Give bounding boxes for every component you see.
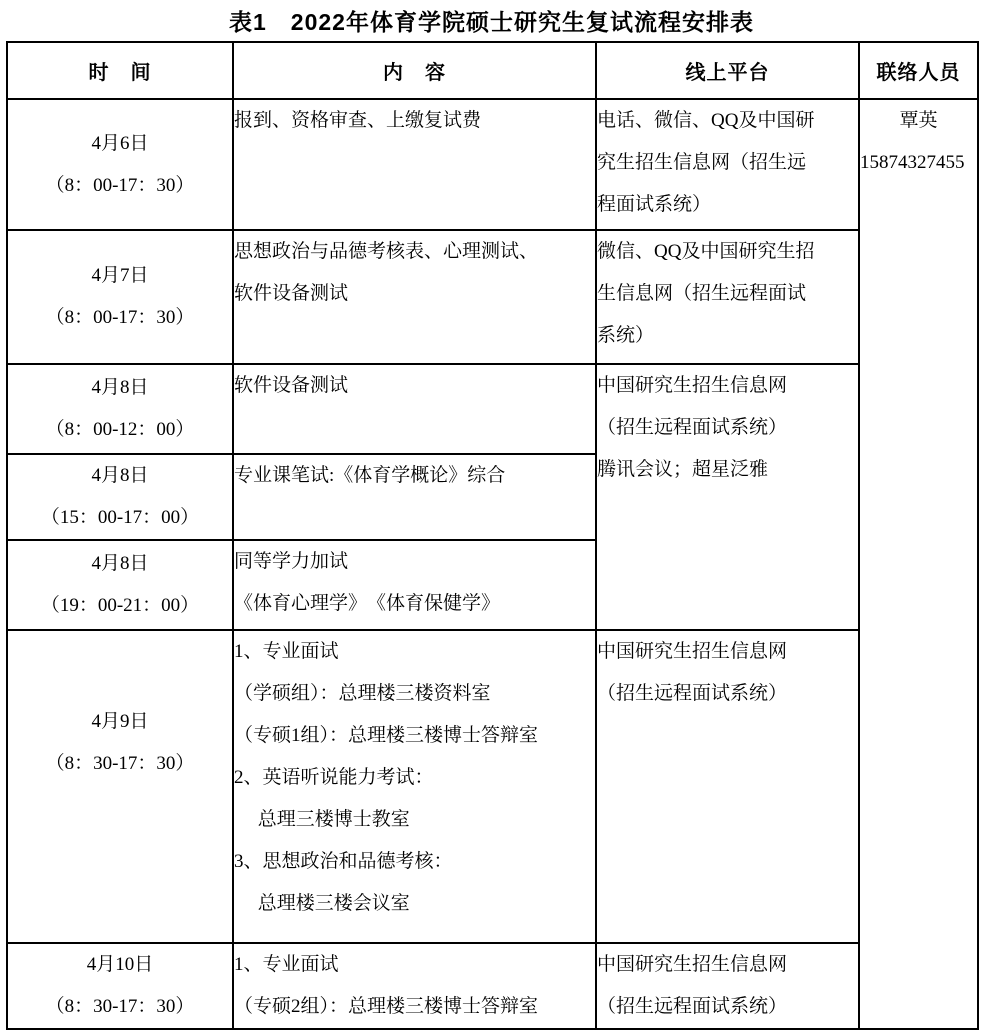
cell-line: 4月8日 bbox=[8, 543, 232, 585]
cell-line: （15：00-17：00） bbox=[8, 497, 232, 539]
cell-line: 腾讯会议；超星泛雅 bbox=[597, 449, 858, 491]
content-cell: 同等学力加试《体育心理学》 《体育保健学》 bbox=[233, 540, 596, 630]
time-cell: 4月7日（8：00-17：30） bbox=[7, 230, 233, 364]
page-title: 表1 2022年体育学院硕士研究生复试流程安排表 bbox=[0, 7, 983, 37]
cell-line: 报到、资格审查、上缴复试费 bbox=[234, 100, 595, 142]
cell-line: 《体育心理学》 《体育保健学》 bbox=[234, 583, 595, 625]
platform-cell: 中国研究生招生信息网（招生远程面试系统） bbox=[596, 943, 859, 1029]
cell-line: （8：00-12：00） bbox=[8, 409, 232, 451]
cell-line: 电话、微信、QQ及中国研 bbox=[597, 100, 858, 142]
cell-line: （19：00-21：00） bbox=[8, 585, 232, 627]
cell-line: 4月8日 bbox=[8, 455, 232, 497]
cell-line: 2、英语听说能力考试： bbox=[234, 757, 595, 799]
cell-line: （专硕2组）：总理楼三楼博士答辩室 bbox=[234, 986, 595, 1028]
header-platform: 线上平台 bbox=[596, 42, 859, 99]
time-cell: 4月9日（8：30-17：30） bbox=[7, 630, 233, 943]
cell-line: 4月7日 bbox=[8, 255, 232, 297]
content-cell: 1、专业面试（学硕组）：总理楼三楼资料室（专硕1组）：总理楼三楼博士答辩室2、英… bbox=[233, 630, 596, 943]
platform-cell: 中国研究生招生信息网（招生远程面试系统） bbox=[596, 630, 859, 943]
cell-line: 4月10日 bbox=[8, 944, 232, 986]
cell-line: 中国研究生招生信息网 bbox=[597, 944, 858, 986]
header-time: 时 间 bbox=[7, 42, 233, 99]
header-contact: 联络人员 bbox=[859, 42, 978, 99]
cell-line: 软件设备测试 bbox=[234, 273, 595, 315]
cell-line: 程面试系统） bbox=[597, 184, 858, 226]
cell-line: （8：00-17：30） bbox=[8, 165, 232, 207]
platform-cell: 微信、QQ及中国研究生招生信息网（招生远程面试系统） bbox=[596, 230, 859, 364]
cell-line: （8：30-17：30） bbox=[8, 743, 232, 785]
platform-cell: 中国研究生招生信息网（招生远程面试系统）腾讯会议；超星泛雅 bbox=[596, 364, 859, 630]
cell-line: 同等学力加试 bbox=[234, 541, 595, 583]
content-cell: 软件设备测试 bbox=[233, 364, 596, 454]
cell-line: 专业课笔试:《体育学概论》综合 bbox=[234, 455, 595, 497]
time-cell: 4月6日（8：00-17：30） bbox=[7, 99, 233, 230]
cell-line: 中国研究生招生信息网 bbox=[597, 365, 858, 407]
table-row: 4月6日（8：00-17：30）报到、资格审查、上缴复试费电话、微信、QQ及中国… bbox=[7, 99, 978, 230]
cell-line: （8：00-17：30） bbox=[8, 297, 232, 339]
time-cell: 4月8日（15：00-17：00） bbox=[7, 454, 233, 540]
cell-line: 1、专业面试 bbox=[234, 631, 595, 673]
cell-line: 总理三楼博士教室 bbox=[234, 799, 595, 841]
cell-line: （招生远程面试系统） bbox=[597, 673, 858, 715]
cell-line: （8：30-17：30） bbox=[8, 986, 232, 1028]
cell-line: 3、思想政治和品德考核： bbox=[234, 841, 595, 883]
schedule-table: 时 间 内 容 线上平台 联络人员 4月6日（8：00-17：30）报到、资格审… bbox=[6, 41, 979, 1030]
table-row: 4月10日（8：30-17：30）1、专业面试（专硕2组）：总理楼三楼博士答辩室… bbox=[7, 943, 978, 1029]
header-row: 时 间 内 容 线上平台 联络人员 bbox=[7, 42, 978, 99]
cell-line: 中国研究生招生信息网 bbox=[597, 631, 858, 673]
content-cell: 报到、资格审查、上缴复试费 bbox=[233, 99, 596, 230]
time-cell: 4月8日（8：00-12：00） bbox=[7, 364, 233, 454]
time-cell: 4月10日（8：30-17：30） bbox=[7, 943, 233, 1029]
content-cell: 专业课笔试:《体育学概论》综合 bbox=[233, 454, 596, 540]
content-cell: 1、专业面试（专硕2组）：总理楼三楼博士答辩室 bbox=[233, 943, 596, 1029]
contact-cell: 覃英15874327455 bbox=[859, 99, 978, 1029]
cell-line: （学硕组）：总理楼三楼资料室 bbox=[234, 673, 595, 715]
table-row: 4月9日（8：30-17：30）1、专业面试（学硕组）：总理楼三楼资料室（专硕1… bbox=[7, 630, 978, 943]
cell-line: 4月6日 bbox=[8, 123, 232, 165]
time-cell: 4月8日（19：00-21：00） bbox=[7, 540, 233, 630]
table-row: 4月8日（8：00-12：00）软件设备测试中国研究生招生信息网（招生远程面试系… bbox=[7, 364, 978, 454]
cell-line: 1、专业面试 bbox=[234, 944, 595, 986]
cell-line: 4月9日 bbox=[8, 701, 232, 743]
cell-line: 微信、QQ及中国研究生招 bbox=[597, 231, 858, 273]
table-row: 4月7日（8：00-17：30）思想政治与品德考核表、心理测试、软件设备测试微信… bbox=[7, 230, 978, 364]
cell-line: 究生招生信息网（招生远 bbox=[597, 142, 858, 184]
contact-name: 覃英 bbox=[860, 100, 977, 142]
cell-line: 思想政治与品德考核表、心理测试、 bbox=[234, 231, 595, 273]
cell-line: （招生远程面试系统） bbox=[597, 407, 858, 449]
header-content: 内 容 bbox=[233, 42, 596, 99]
cell-line: （招生远程面试系统） bbox=[597, 986, 858, 1028]
cell-line: 系统） bbox=[597, 315, 858, 357]
platform-cell: 电话、微信、QQ及中国研究生招生信息网（招生远程面试系统） bbox=[596, 99, 859, 230]
cell-line: 软件设备测试 bbox=[234, 365, 595, 407]
cell-line: （专硕1组）：总理楼三楼博士答辩室 bbox=[234, 715, 595, 757]
content-cell: 思想政治与品德考核表、心理测试、软件设备测试 bbox=[233, 230, 596, 364]
cell-line: 总理楼三楼会议室 bbox=[234, 883, 595, 925]
cell-line: 生信息网（招生远程面试 bbox=[597, 273, 858, 315]
cell-line: 4月8日 bbox=[8, 367, 232, 409]
contact-phone: 15874327455 bbox=[860, 142, 977, 184]
